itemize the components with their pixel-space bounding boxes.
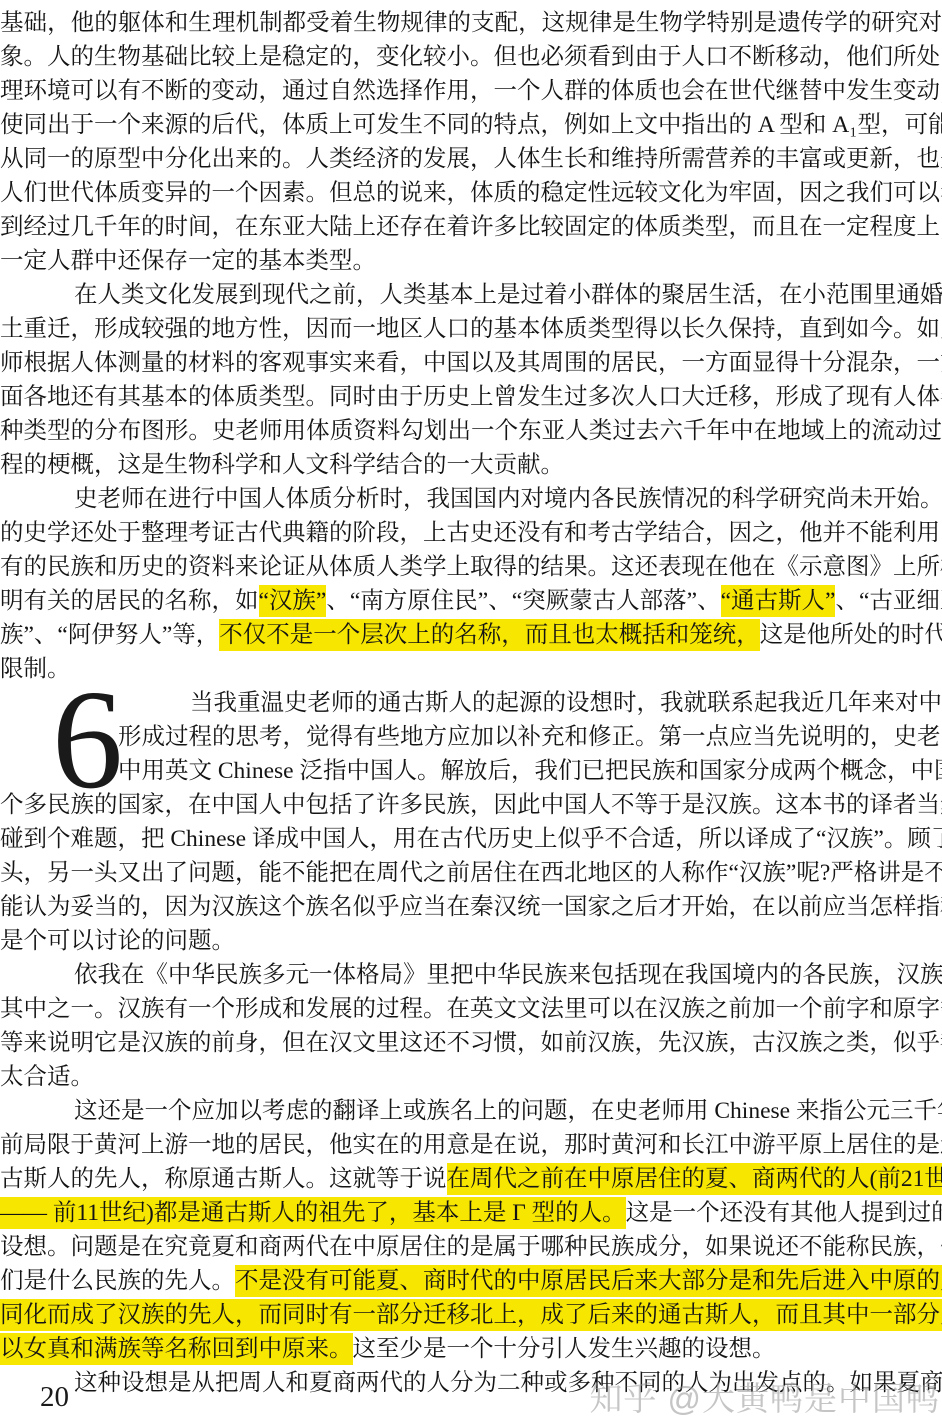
page-text: 基础，他的躯体和生理机制都受着生物规律的支配，这规律是生物学特别是遗传学的研究对… [0,6,942,1400]
text-segment: 基础，他的躯体和生理机制都受着生物规律的支配，这规律是生物学特别是遗传学的研究对 [0,10,942,36]
text-line: 古斯人的先人，称原通古斯人。这就等于说在周代之前在中原居住的夏、商两代的人(前2… [0,1162,942,1196]
text-segment: 是个可以讨论的问题。 [0,928,235,954]
highlighted-text: 同化而成了汉族的先人，而同时有一部分迁移北上，成了后来的通古斯人，而且其中一部分… [0,1299,942,1331]
text-line: 有的民族和历史的资料来论证从体质人类学上取得的结果。这还表现在他在《示意图》上所… [0,550,942,584]
text-segment: 的史学还处于整理考证古代典籍的阶段，上古史还没有和考古学结合，因之，他并不能利用… [0,520,942,546]
text-segment: 设想。问题是在究竟夏和商两代在中原居住的是属于哪种民族成分，如果说还不能称民族，… [0,1234,942,1260]
text-segment: 程的梗概，这是生物科学和人文科学结合的一大贡献。 [0,452,564,478]
text-segment: 们是什么民族的先人。 [0,1268,235,1294]
text-segment: 当我重温史老师的通古斯人的起源的设想时，我就联系起我近几年来对中华民族 [190,690,942,716]
text-segment: 在人类文化发展到现代之前，人类基本上是过着小群体的聚居生活，在小范围里通婚，安 [74,282,942,308]
text-line: 理环境可以有不断的变动，通过自然选择作用，一个人群的体质也会在世代继替中发生变动… [0,74,942,108]
highlighted-text: 以女真和满族等名称回到中原来。 [0,1333,353,1365]
page-number: 20 [40,1381,69,1414]
text-segment: 头，另一头又出了问题，能不能把在周代之前居住在西北地区的人称作“汉族”呢?严格讲… [0,860,942,886]
text-line: 设想。问题是在究竟夏和商两代在中原居住的是属于哪种民族成分，如果说还不能称民族，… [0,1230,942,1264]
text-line: 在人类文化发展到现代之前，人类基本上是过着小群体的聚居生活，在小范围里通婚，安 [0,278,942,312]
book-page: 基础，他的躯体和生理机制都受着生物规律的支配，这规律是生物学特别是遗传学的研究对… [0,0,942,1420]
text-segment: 土重迁，形成较强的地方性，因而一地区人口的基本体质类型得以长久保持，直到如今。如… [0,316,942,342]
watermark: 知乎 @大黄鸭是中国鸭 [589,1373,940,1420]
text-segment: 依我在《中华民族多元一体格局》里把中华民族来包括现在我国境内的各民族，汉族只是 [74,962,942,988]
highlighted-text: “汉族” [259,585,327,617]
text-line: 面各地还有其基本的体质类型。同时由于历史上曾发生过多次人口大迁移，形成了现有人体… [0,380,942,414]
text-line: 形成过程的思考，觉得有些地方应加以补充和修正。第一点应当先说明的，史老师原文 [118,720,942,754]
text-segment: 理环境可以有不断的变动，通过自然选择作用，一个人群的体质也会在世代继替中发生变动… [0,78,942,104]
text-segment: 一定人群中还保存一定的基本类型。 [0,248,376,274]
text-line: 个多民族的国家，在中国人中包括了许多民族，因此中国人不等于是汉族。这本书的译者当… [0,788,942,822]
text-line: 能认为妥当的，因为汉族这个族名似乎应当在秦汉统一国家之后才开始，在以前应当怎样指… [0,890,942,924]
text-line: 前局限于黄河上游一地的居民，他实在的用意是在说，那时黄河和长江中游平原上居住的是… [0,1128,942,1162]
text-line: —— 前11世纪)都是通古斯人的祖先了，基本上是 Γ 型的人。这是一个还没有其他… [0,1196,942,1230]
text-segment: 族”、“阿伊努人”等， [0,622,219,648]
text-segment: 形成过程的思考，觉得有些地方应加以补充和修正。第一点应当先说明的，史老师原文 [118,724,942,750]
text-segment: 、“古亚细亚民 [835,588,942,614]
text-line: 一定人群中还保存一定的基本类型。 [0,244,942,278]
text-line: 明有关的居民的名称，如“汉族”、“南方原住民”、“突厥蒙古人部落”、“通古斯人”… [0,584,942,618]
text-segment: 种类型的分布图形。史老师用体质资料勾划出一个东亚人类过去六千年中在地域上的流动过 [0,418,942,444]
text-line: 土重迁，形成较强的地方性，因而一地区人口的基本体质类型得以长久保持，直到如今。如… [0,312,942,346]
text-line: 从同一的原型中分化出来的。人类经济的发展，人体生长和维持所需营养的丰富或更新，也… [0,142,942,176]
text-line: 其中之一。汉族有一个形成和发展的过程。在英文文法里可以在汉族之前加一个前字和原字… [0,992,942,1026]
text-segment: 碰到个难题，把 Chinese 译成中国人，用在古代历史上似乎不合适，所以译成了… [0,826,942,852]
text-line: 史老师在进行中国人体质分析时，我国国内对境内各民族情况的科学研究尚未开始。我们 [0,482,942,516]
text-line: 程的梗概，这是生物科学和人文科学结合的一大贡献。 [0,448,942,482]
text-line: 这还是一个应加以考虑的翻译上或族名上的问题，在史老师用 Chinese 来指公元… [0,1094,942,1128]
highlighted-text: —— 前11世纪)都是通古斯人的祖先了，基本上是 Γ 型的人。 [0,1197,626,1229]
text-line: 依我在《中华民族多元一体格局》里把中华民族来包括现在我国境内的各民族，汉族只是 [0,958,942,992]
text-segment: 前局限于黄河上游一地的居民，他实在的用意是在说，那时黄河和长江中游平原上居住的是… [0,1132,942,1158]
text-segment: 这是他所处的时代的 [760,622,942,648]
text-line: 种类型的分布图形。史老师用体质资料勾划出一个东亚人类过去六千年中在地域上的流动过 [0,414,942,448]
highlighted-text: “通古斯人” [721,585,836,617]
text-line: 象。人的生物基础比较上是稳定的，变化较小。但也必须看到由于人口不断移动，他们所处… [0,40,942,74]
text-segment: 从同一的原型中分化出来的。人类经济的发展，人体生长和维持所需营养的丰富或更新，也… [0,146,942,172]
text-line: 头，另一头又出了问题，能不能把在周代之前居住在西北地区的人称作“汉族”呢?严格讲… [0,856,942,890]
text-line: 人们世代体质变异的一个因素。但总的说来，体质的稳定性远较文化为牢固，因之我们可以… [0,176,942,210]
text-line: 的史学还处于整理考证古代典籍的阶段，上古史还没有和考古学结合，因之，他并不能利用… [0,516,942,550]
text-segment: 、“南方原住民”、“突厥蒙古人部落”、 [326,588,720,614]
highlighted-text: 不是没有可能夏、商时代的中原居民后来大部分是和先后进入中原的人 [235,1265,942,1297]
text-line: 限制。 [0,652,942,686]
section-number: 6 [52,668,123,810]
text-line: 碰到个难题，把 Chinese 译成中国人，用在古代历史上似乎不合适，所以译成了… [0,822,942,856]
highlighted-text: 不仅不是一个层次上的名称，而且也太概括和笼统， [219,619,760,651]
text-segment: 个多民族的国家，在中国人中包括了许多民族，因此中国人不等于是汉族。这本书的译者当… [0,792,942,818]
text-segment: 等来说明它是汉族的前身，但在汉文里这还不习惯，如前汉族，先汉族，古汉族之类，似乎… [0,1030,942,1056]
text-line: 族”、“阿伊努人”等，不仅不是一个层次上的名称，而且也太概括和笼统，这是他所处的… [0,618,942,652]
text-line: 使同出于一个来源的后代，体质上可发生不同的特点，例如上文中指出的 A 型和 A₁… [0,108,942,142]
text-segment: 中用英文 Chinese 泛指中国人。解放后，我们已把民族和国家分成两个概念，中… [118,758,942,784]
text-line: 当我重温史老师的通古斯人的起源的设想时，我就联系起我近几年来对中华民族 [118,686,942,720]
text-line: 是个可以讨论的问题。 [0,924,942,958]
text-segment: 使同出于一个来源的后代，体质上可发生不同的特点，例如上文中指出的 A 型和 A₁… [0,112,942,138]
text-segment: 有的民族和历史的资料来论证从体质人类学上取得的结果。这还表现在他在《示意图》上所… [0,554,942,580]
text-segment: 能认为妥当的，因为汉族这个族名似乎应当在秦汉统一国家之后才开始，在以前应当怎样指… [0,894,942,920]
text-segment: 古斯人的先人，称原通古斯人。这就等于说 [0,1166,447,1192]
text-segment: 到经过几千年的时间，在东亚大陆上还存在着许多比较固定的体质类型，而且在一定程度上… [0,214,942,240]
text-segment: 其中之一。汉族有一个形成和发展的过程。在英文文法里可以在汉族之前加一个前字和原字… [0,996,942,1022]
text-segment: 人们世代体质变异的一个因素。但总的说来，体质的稳定性远较文化为牢固，因之我们可以… [0,180,942,206]
text-line: 等来说明它是汉族的前身，但在汉文里这还不习惯，如前汉族，先汉族，古汉族之类，似乎… [0,1026,942,1060]
text-segment: 象。人的生物基础比较上是稳定的，变化较小。但也必须看到由于人口不断移动，他们所处… [0,44,942,70]
text-segment: 这至少是一个十分引人发生兴趣的设想。 [353,1336,776,1362]
text-line: 师根据人体测量的材料的客观事实来看，中国以及其周围的居民，一方面显得十分混杂，一… [0,346,942,380]
text-line: 到经过几千年的时间，在东亚大陆上还存在着许多比较固定的体质类型，而且在一定程度上… [0,210,942,244]
text-segment: 这是一个还没有其他人提到过的 [626,1200,942,1226]
text-line: 基础，他的躯体和生理机制都受着生物规律的支配，这规律是生物学特别是遗传学的研究对 [0,6,942,40]
text-segment: 明有关的居民的名称，如 [0,588,259,614]
text-segment: 这还是一个应加以考虑的翻译上或族名上的问题，在史老师用 Chinese 来指公元… [74,1098,942,1124]
text-line: 太合适。 [0,1060,942,1094]
text-segment: 面各地还有其基本的体质类型。同时由于历史上曾发生过多次人口大迁移，形成了现有人体… [0,384,942,410]
text-segment: 太合适。 [0,1064,94,1090]
highlighted-text: 在周代之前在中原居住的夏、商两代的人(前21世纪 [447,1163,942,1195]
text-segment: 史老师在进行中国人体质分析时，我国国内对境内各民族情况的科学研究尚未开始。我们 [74,486,942,512]
text-line: 中用英文 Chinese 泛指中国人。解放后，我们已把民族和国家分成两个概念，中… [118,754,942,788]
text-segment: 师根据人体测量的材料的客观事实来看，中国以及其周围的居民，一方面显得十分混杂，一… [0,350,942,376]
text-line: 同化而成了汉族的先人，而同时有一部分迁移北上，成了后来的通古斯人，而且其中一部分… [0,1298,942,1332]
text-line: 们是什么民族的先人。不是没有可能夏、商时代的中原居民后来大部分是和先后进入中原的… [0,1264,942,1298]
text-line: 以女真和满族等名称回到中原来。这至少是一个十分引人发生兴趣的设想。 [0,1332,942,1366]
